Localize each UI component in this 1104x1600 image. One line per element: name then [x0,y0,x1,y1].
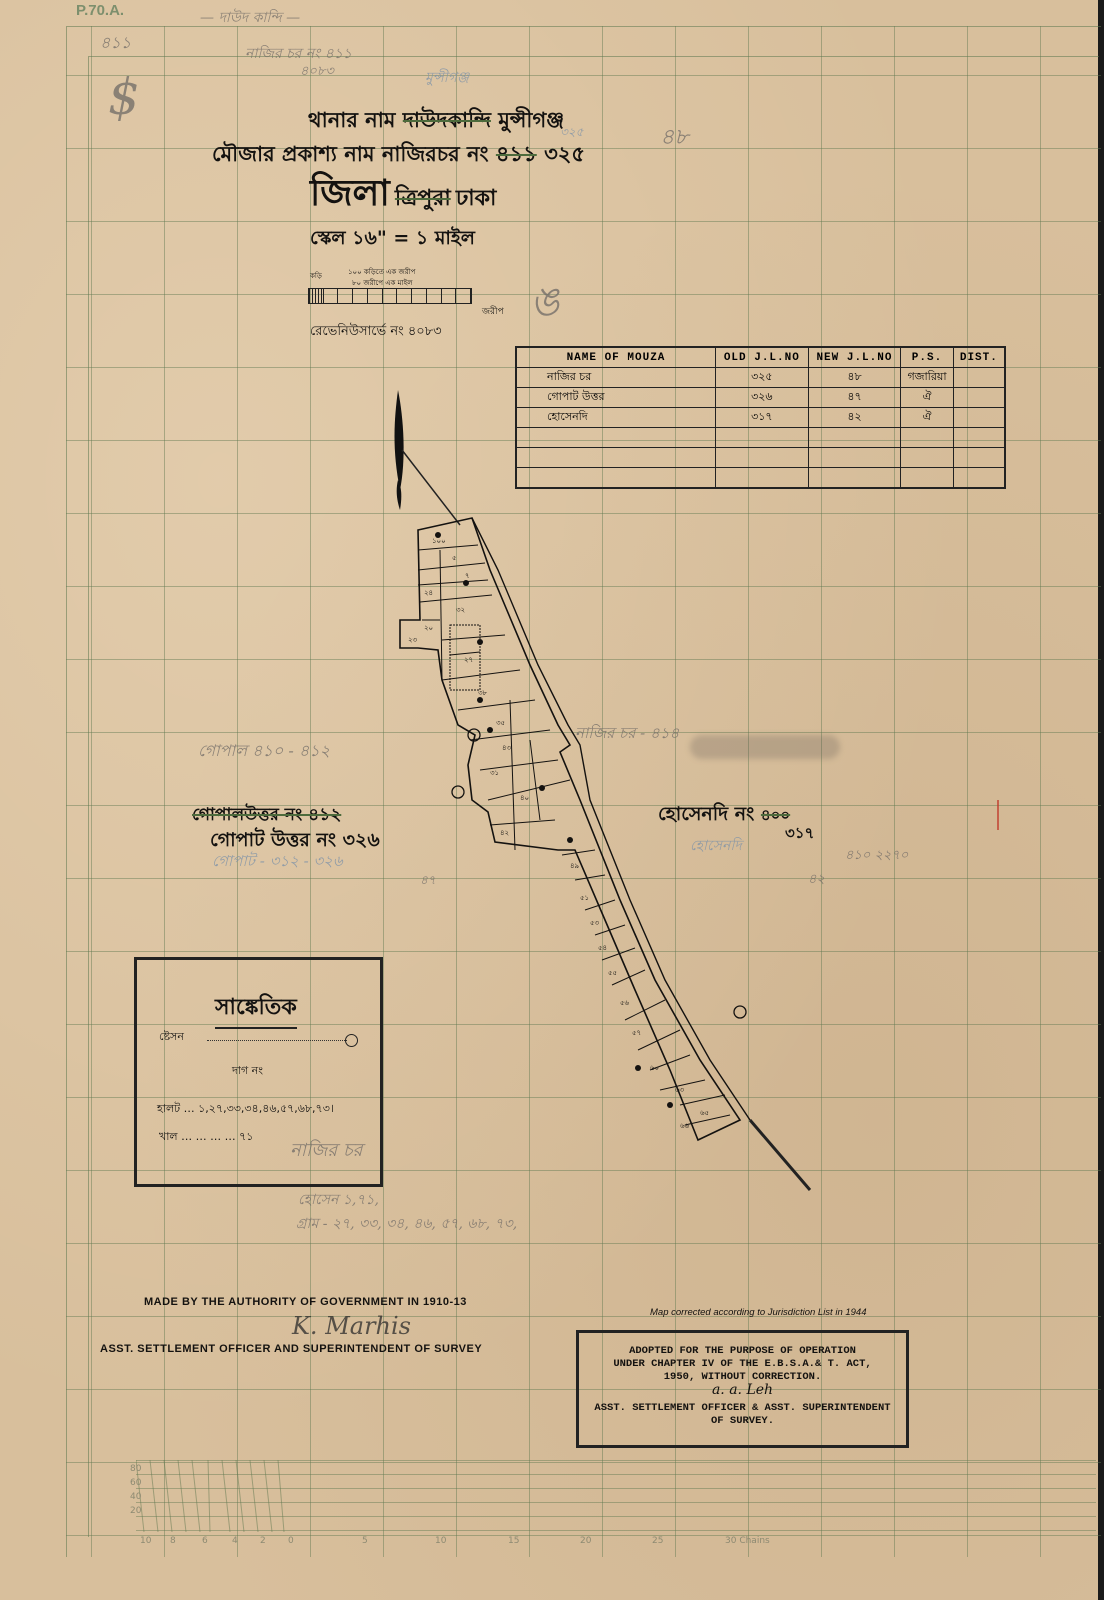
x-tick: 2 [260,1536,266,1546]
svg-text:৬০: ৬০ [650,1064,659,1072]
svg-text:১০০: ১০০ [432,537,446,545]
thana-line: থানার নাম দাউদকান্দি মুন্সীগঞ্জ [308,104,564,139]
x-tick: 10 [435,1536,446,1546]
khal-label: খাল [159,1130,178,1143]
pencil-initials: ৪৮ [660,120,689,157]
district-name: ঢাকা [456,186,497,211]
station-symbol-icon [345,1034,358,1047]
mouza-no-struck: ৪১১ [496,142,537,166]
svg-text:২৪: ২৪ [424,589,433,597]
svg-text:৫৫: ৫৫ [608,969,617,977]
svg-text:৬৫: ৬৫ [700,1109,709,1117]
cell-dist [953,448,1005,468]
authority-text: MADE BY THE AUTHORITY OF GOVERNMENT IN 1… [144,1296,467,1308]
cell-ps: ঐ [901,388,953,408]
adopted-officer-2: OF SURVEY. [579,1415,906,1428]
pencil-note-center: নাজির চর - ৪১৪ [575,722,679,747]
pencil-note-gopat-no: ৪৭ [420,872,436,892]
legend-plot-no: দাগ নং [232,1062,263,1081]
officer-left: ASST. SETTLEMENT OFFICER AND SUPERINTEND… [100,1343,482,1355]
diagonal-scale: 80 60 40 20 10 8 6 4 2 0 5 10 15 20 25 3… [100,1452,1100,1552]
svg-text:৭: ৭ [465,572,470,580]
x-tick: 6 [202,1536,208,1546]
pencil-note-left-margin: গোপাল ৪১০ - ৪১২ [198,738,330,765]
scale-bar [308,288,472,304]
y-tick: 60 [130,1478,141,1488]
y-tick: 40 [130,1492,141,1502]
svg-text:৩৮: ৩৮ [478,689,488,697]
x-tick: 4 [232,1536,238,1546]
legend-station-label: ষ্টেসন [159,1028,184,1047]
cell-dist [953,428,1005,448]
x-tick: 10 [140,1536,151,1546]
legend-title: সাঙ্কেতিক [215,990,297,1029]
cell-ps [901,448,953,468]
svg-text:৩৫: ৩৫ [496,719,505,727]
pencil-note-gopat: গোপাট - ৩১২ - ৩২৬ [212,850,343,875]
svg-text:৫৭: ৫৭ [632,1029,641,1037]
red-mark [997,800,999,830]
svg-text:২৩: ২৩ [408,636,418,644]
col-header-new-jl: NEW J.L.NO [808,347,901,368]
svg-text:৫১: ৫১ [580,894,589,902]
cell-dist [953,408,1005,428]
y-tick: 80 [130,1464,141,1474]
khal-values: ৭১ [239,1130,253,1143]
pencil-note-top-center: — দাউদ কান্দি — [200,6,300,30]
correction-note: Map corrected according to Jurisdiction … [650,1307,867,1318]
svg-text:৫৩: ৫৩ [590,919,600,927]
pencil-note-top-mid: নাজির চর নং ৪১১ [245,42,352,66]
district-line: জিলা ত্রিপুরা ঢাকা [310,166,496,226]
diagonal-scale-hatching [136,1460,286,1532]
halat-label: হালট [157,1102,180,1115]
svg-text:৬৬: ৬৬ [680,1122,690,1130]
station-icon [452,786,464,798]
cell-dist [953,468,1005,489]
x-tick: 5 [362,1536,368,1546]
col-header-dist: DIST. [953,347,1005,368]
x-tick: 8 [170,1536,176,1546]
svg-text:৩২: ৩২ [456,606,465,614]
pencil-note-bottom-1: হোসেন ১,৭১, [298,1188,379,1212]
legend-khal: খাল … … … … ৭১ [159,1128,253,1147]
scale-text: স্কেল ১৬" = ১ মাইল [310,224,475,256]
svg-text:৪২: ৪২ [500,829,509,837]
adopted-line-2: UNDER CHAPTER IV OF THE E.B.S.A.& T. ACT… [579,1358,906,1371]
x-tick: 30 Chains [725,1536,770,1546]
pencil-note-top-right: মুন্সীগঞ্জ [425,66,469,90]
neighbour-hosen: হোসেনদি নং ৪০০ [658,800,790,832]
adoption-stamp: ADOPTED FOR THE PURPOSE OF OPERATION UND… [576,1330,909,1448]
svg-text:৪৯: ৪৯ [570,862,580,870]
district-label: জিলা [310,173,390,214]
pencil-mark: ঙ [530,270,559,337]
pencil-note-code: ৪০৮৩ [300,62,334,83]
cell-ps [901,468,953,489]
pencil-mark-dollar-icon: $ [108,68,140,126]
hosen-no: ৩১৭ [785,822,814,847]
scale-left-label: কড়ি [310,270,322,282]
svg-text:৬৩: ৬৩ [675,1086,685,1094]
svg-text:৪০: ৪০ [520,794,529,802]
legend-station-line [207,1040,347,1041]
cell-ps: গজারিয়া [901,368,953,388]
svg-text:৪৩: ৪৩ [502,744,512,752]
signature-left: K. Marhis [292,1312,411,1340]
x-tick: 0 [288,1536,294,1546]
pencil-note-hosen-no: ৪২ [808,870,825,891]
pencil-note-hosen: হোসেনদি [690,834,742,858]
svg-text:৫৪: ৫৪ [598,944,607,952]
revenue-survey-no: রেভেনিউসার্ভে নং ৪০৮৩ [310,322,442,343]
y-tick: 20 [130,1506,141,1516]
svg-text:২০: ২০ [424,624,433,632]
halat-values: ১,২৭,৩৩,৩৪,৪৬,৫৭,৬৮,৭৩। [198,1102,334,1115]
pencil-note-hosen-2: ৪১০ ২২৭০ [845,846,908,867]
pencil-note-top-left: ৪১১ [100,30,131,57]
mouza-name: নাজিরচর নং [382,142,489,166]
adopted-officer-1: ASST. SETTLEMENT OFFICER & ASST. SUPERIN… [579,1402,906,1415]
station-icon [734,1006,746,1018]
x-tick: 15 [508,1536,519,1546]
x-tick: 20 [580,1536,591,1546]
district-struck: ত্রিপুরা [395,186,451,211]
cell-dist [953,368,1005,388]
col-header-ps: P.S. [901,347,953,368]
svg-text:২৭: ২৭ [464,656,473,664]
thana-struck: দাউদকান্দি [403,108,491,132]
pencil-note-legend: নাজির চর [290,1136,362,1167]
map-sheet: P.70.A. — দাউদ কান্দি — ৪১১ নাজির চর নং … [0,0,1098,1600]
cell-dist [953,388,1005,408]
svg-text:৫: ৫ [452,554,457,562]
adopted-line-1: ADOPTED FOR THE PURPOSE OF OPERATION [579,1345,906,1358]
pencil-note-bottom-2: গ্রাম - ২৭, ৩৩, ৩৪, ৪৬, ৫৭, ৬৮, ৭৩, [296,1212,517,1236]
smudge [690,735,840,759]
cell-ps [901,428,953,448]
signature-right: a. a. Leh [579,1384,906,1402]
col-header-old-jl: OLD J.L.NO [716,347,809,368]
mouza-label: মৌজার প্রকাশ্য নাম [212,142,375,166]
header-blue-note: ৩২৫ [560,124,583,144]
legend-halat: হালট … ১,২৭,৩৩,৩৪,৪৬,৫৭,৬৮,৭৩। [157,1100,334,1119]
thana-name: মুন্সীগঞ্জ [498,108,564,132]
scale-unit-label: জরীপ [482,304,504,319]
x-tick: 25 [652,1536,663,1546]
north-arrow-icon [395,390,404,490]
thana-label: থানার নাম [308,108,395,132]
mouza-no: ৩২৫ [544,142,585,166]
cell-ps: ঐ [901,408,953,428]
svg-text:৫৬: ৫৬ [620,999,630,1007]
svg-text:৩১: ৩১ [490,769,499,777]
col-header-name: NAME OF MOUZA [516,347,716,368]
cadastral-map-drawing: ১০০৫৭ ২৪৩২২০ ২৩২৭৩৮ ৩৫৪৩৩১ ৪০৪২৪৯ ৫১৫৩৫৪… [380,380,830,1200]
hosen-label: হোসেনদি নং [658,803,754,825]
form-number: P.70.A. [76,2,124,19]
